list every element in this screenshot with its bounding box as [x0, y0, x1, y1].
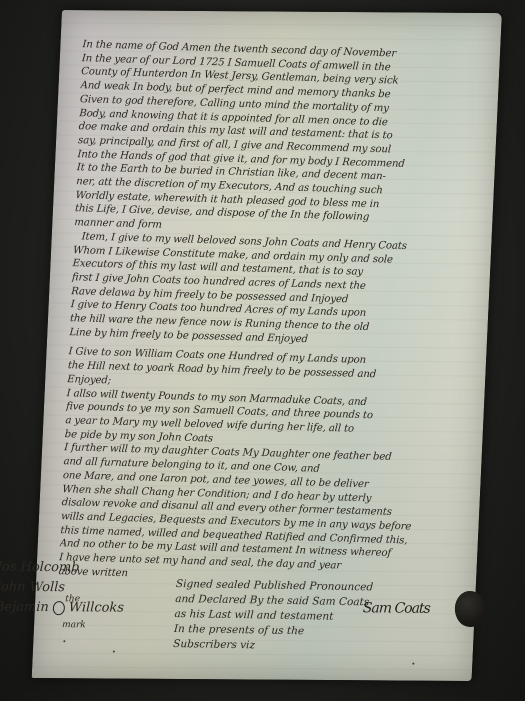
witness-signatures: Jos Holcomb John Wolls the BejaminWillco…	[0, 558, 157, 619]
will-body-text: In the name of God Amen the twenth secon…	[58, 38, 492, 581]
witness-3: the BejaminWillcoks mark	[0, 598, 155, 619]
witness-3-given-name: Bejamin	[0, 600, 49, 615]
wax-seal-icon	[454, 591, 486, 627]
mark-label: mark	[62, 615, 87, 635]
witness-mark-icon	[52, 601, 65, 615]
manuscript-page: In the name of God Amen the twenth secon…	[32, 10, 502, 681]
attestation-line: Subscribers viz	[173, 637, 424, 656]
ink-speck	[63, 640, 65, 642]
witness-1: Jos Holcomb	[0, 558, 157, 579]
ink-speck	[412, 663, 414, 665]
ink-speck	[113, 651, 115, 653]
testator-signature: Sam Coats	[362, 600, 430, 616]
mark-the-label: the	[65, 589, 81, 609]
